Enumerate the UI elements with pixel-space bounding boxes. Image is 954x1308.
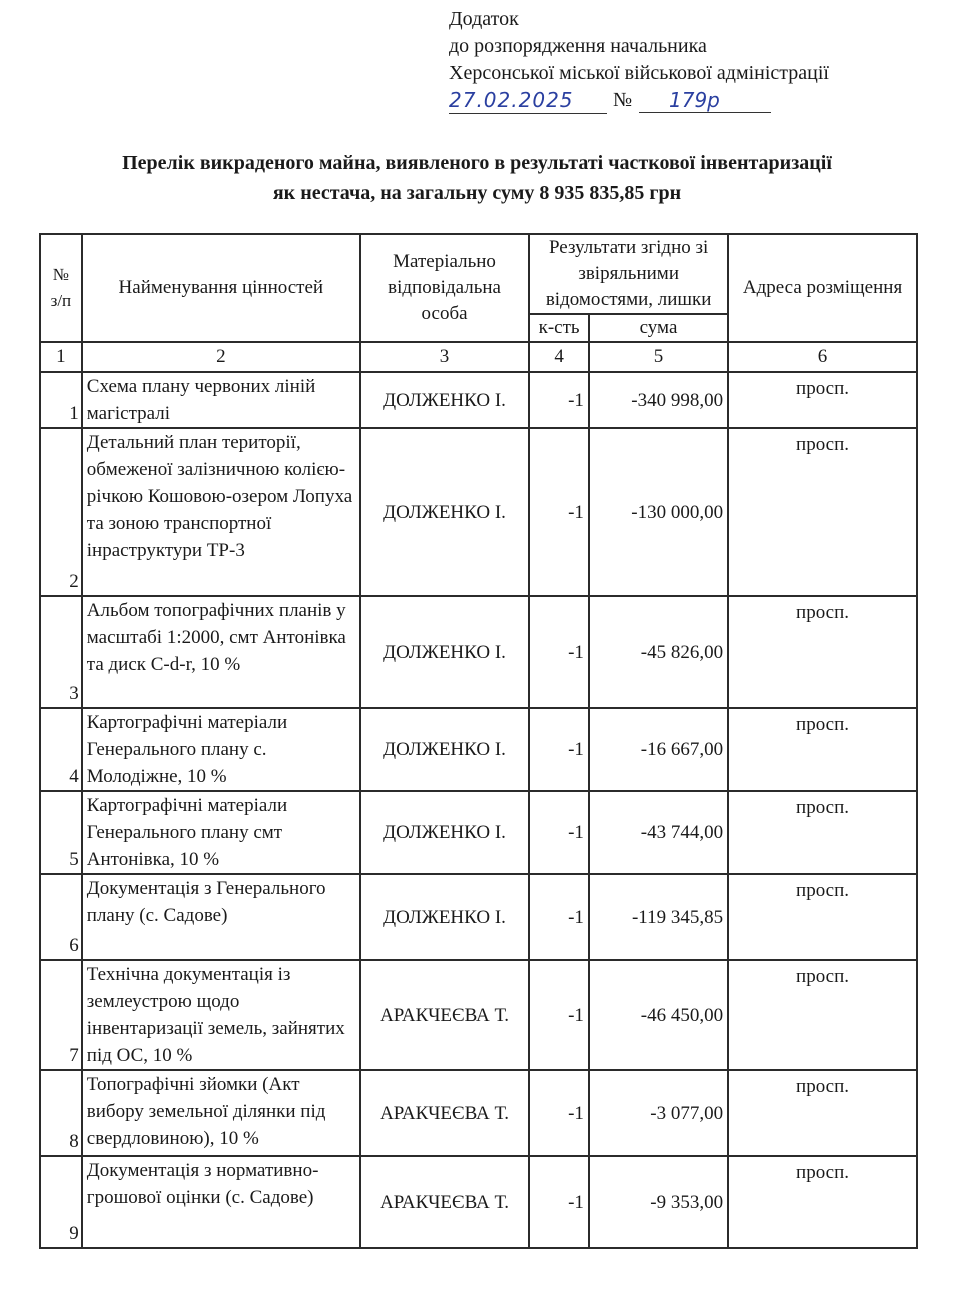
responsible-person: ДОЛЖЕНКО І.: [360, 596, 529, 708]
responsible-person: ДОЛЖЕНКО І.: [360, 874, 529, 960]
quantity: -1: [529, 791, 589, 874]
handwritten-number: 179р: [639, 87, 771, 113]
table-row: 2Детальний план території, обмеженої зал…: [40, 428, 917, 596]
item-name: Документація з Генерального плану (с. Са…: [82, 874, 360, 960]
header-row: № з/п Найменування цінностей Матеріально…: [40, 234, 917, 314]
annex-block: Додаток до розпорядження начальника Херс…: [449, 6, 829, 117]
column-number: 3: [360, 342, 529, 372]
handwritten-date: 27.02.2025: [449, 87, 607, 114]
column-number: 4: [529, 342, 589, 372]
row-number: 8: [40, 1070, 82, 1156]
responsible-person: ДОЛЖЕНКО І.: [360, 791, 529, 874]
quantity: -1: [529, 874, 589, 960]
address: просп.: [728, 1156, 917, 1248]
title-line-1: Перелік викраденого майна, виявленого в …: [0, 148, 954, 178]
quantity: -1: [529, 428, 589, 596]
item-name: Документація з нормативно-грошової оцінк…: [82, 1156, 360, 1248]
column-number: 2: [82, 342, 360, 372]
address: просп.: [728, 596, 917, 708]
amount: -3 077,00: [589, 1070, 728, 1156]
row-number: 9: [40, 1156, 82, 1248]
responsible-person: ДОЛЖЕНКО І.: [360, 428, 529, 596]
row-number: 7: [40, 960, 82, 1070]
header-no: № з/п: [40, 234, 82, 342]
order-date-number: 27.02.2025 № 179р: [449, 87, 829, 117]
row-number: 5: [40, 791, 82, 874]
amount: -16 667,00: [589, 708, 728, 791]
row-number: 6: [40, 874, 82, 960]
header-name: Найменування цінностей: [82, 234, 360, 342]
quantity: -1: [529, 1070, 589, 1156]
table-row: 9Документація з нормативно-грошової оцін…: [40, 1156, 917, 1248]
header-person: Матеріально відповідальна особа: [360, 234, 529, 342]
address: просп.: [728, 960, 917, 1070]
table-row: 3Альбом топографічних планів у масштабі …: [40, 596, 917, 708]
responsible-person: ДОЛЖЕНКО І.: [360, 372, 529, 428]
amount: -9 353,00: [589, 1156, 728, 1248]
table-row: 4Картографічні матеріали Генерального пл…: [40, 708, 917, 791]
item-name: Детальний план території, обмеженої залі…: [82, 428, 360, 596]
address: просп.: [728, 874, 917, 960]
column-number-row: 1 2 3 4 5 6: [40, 342, 917, 372]
row-number: 3: [40, 596, 82, 708]
address: просп.: [728, 708, 917, 791]
item-name: Технічна документація із землеустрою щод…: [82, 960, 360, 1070]
responsible-person: АРАКЧЕЄВА Т.: [360, 960, 529, 1070]
number-label: №: [613, 87, 632, 114]
item-name: Картографічні матеріали Генерального пла…: [82, 791, 360, 874]
responsible-person: ДОЛЖЕНКО І.: [360, 708, 529, 791]
header-qty: к-сть: [529, 314, 589, 342]
responsible-person: АРАКЧЕЄВА Т.: [360, 1070, 529, 1156]
table-row: 1Схема плану червоних ліній магістраліДО…: [40, 372, 917, 428]
document-title: Перелік викраденого майна, виявленого в …: [0, 148, 954, 208]
responsible-person: АРАКЧЕЄВА Т.: [360, 1156, 529, 1248]
address: просп.: [728, 1070, 917, 1156]
quantity: -1: [529, 1156, 589, 1248]
item-name: Альбом топографічних планів у масштабі 1…: [82, 596, 360, 708]
item-name: Схема плану червоних ліній магістралі: [82, 372, 360, 428]
row-number: 4: [40, 708, 82, 791]
amount: -130 000,00: [589, 428, 728, 596]
row-number: 1: [40, 372, 82, 428]
quantity: -1: [529, 708, 589, 791]
table-row: 7Технічна документація із землеустрою що…: [40, 960, 917, 1070]
address: просп.: [728, 428, 917, 596]
annex-title: Додаток: [449, 6, 829, 33]
table-row: 8Топографічні зйомки (Акт вибору земельн…: [40, 1070, 917, 1156]
item-name: Картографічні матеріали Генерального пла…: [82, 708, 360, 791]
amount: -43 744,00: [589, 791, 728, 874]
table-row: 6Документація з Генерального плану (с. С…: [40, 874, 917, 960]
column-number: 1: [40, 342, 82, 372]
table-row: 5Картографічні матеріали Генерального пл…: [40, 791, 917, 874]
row-number: 2: [40, 428, 82, 596]
annex-authority: Херсонської міської військової адміністр…: [449, 60, 829, 87]
inventory-table: № з/п Найменування цінностей Матеріально…: [39, 233, 918, 1249]
address: просп.: [728, 791, 917, 874]
quantity: -1: [529, 372, 589, 428]
column-number: 5: [589, 342, 728, 372]
column-number: 6: [728, 342, 917, 372]
amount: -340 998,00: [589, 372, 728, 428]
annex-order-ref: до розпорядження начальника: [449, 33, 829, 60]
title-line-2: як нестача, на загальну суму 8 935 835,8…: [0, 178, 954, 208]
address: просп.: [728, 372, 917, 428]
header-address: Адреса розміщення: [728, 234, 917, 342]
quantity: -1: [529, 960, 589, 1070]
header-results: Результати згідно зі звіряльними відомос…: [529, 234, 728, 314]
amount: -46 450,00: [589, 960, 728, 1070]
item-name: Топографічні зйомки (Акт вибору земельно…: [82, 1070, 360, 1156]
amount: -45 826,00: [589, 596, 728, 708]
header-sum: сума: [589, 314, 728, 342]
quantity: -1: [529, 596, 589, 708]
amount: -119 345,85: [589, 874, 728, 960]
